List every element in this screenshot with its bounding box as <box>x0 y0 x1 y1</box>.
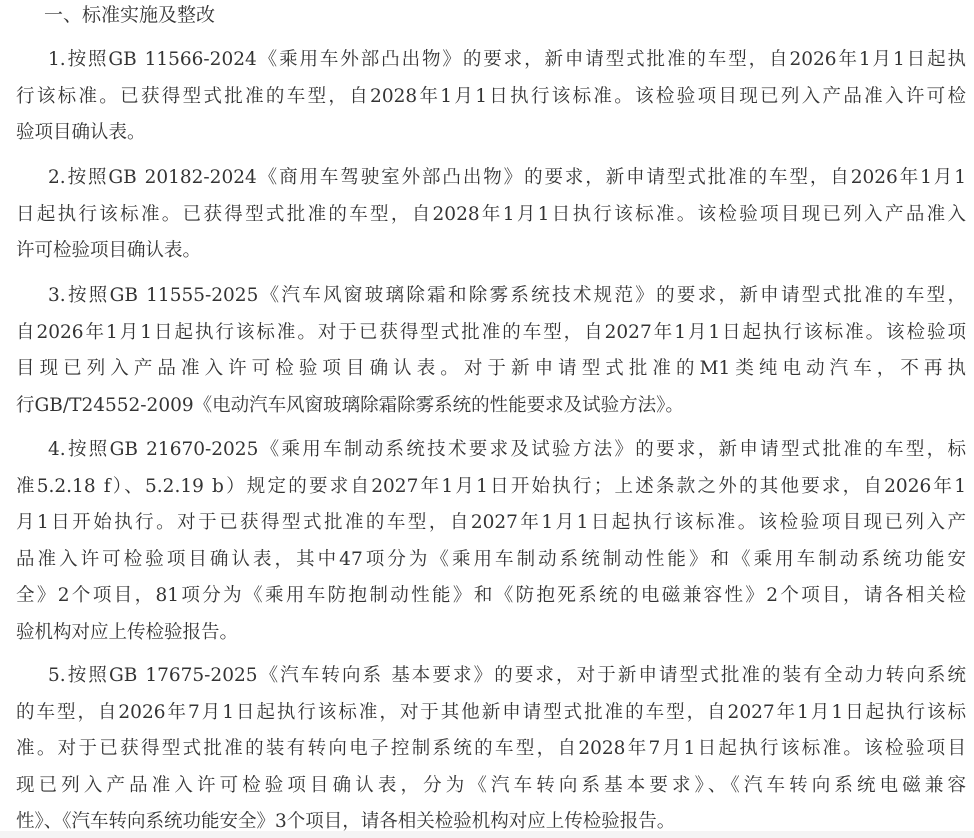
paragraph-line: 现已列入产品准入许可检验项目确认表，分为《汽车转向系基本要求》、《汽车转向系统电… <box>16 768 966 805</box>
paragraph-line: 行GB/T24552-2009《电动汽车风窗玻璃除霜除雾系统的性能要求及试验方法… <box>16 388 966 425</box>
paragraph-5: 5.按照GB 17675-2025《汽车转向系 基本要求》的要求，对于新申请型式… <box>16 658 966 838</box>
paragraph-line: 品准入许可检验项目确认表，其中47项分为《乘用车制动系统制动性能》和《乘用车制动… <box>16 542 966 579</box>
paragraph-line: 2.按照GB 20182-2024《商用车驾驶室外部凸出物》的要求，新申请型式批… <box>16 160 966 197</box>
paragraph-line: 月1日开始执行。对于已获得型式批准的车型，自2027年1月1日起执行该标准。该检… <box>16 505 966 542</box>
section-heading: 一、标准实施及整改 <box>44 0 215 30</box>
paragraph-line: 5.按照GB 17675-2025《汽车转向系 基本要求》的要求，对于新申请型式… <box>16 658 966 695</box>
bottom-edge <box>0 831 974 838</box>
paragraph-4: 4.按照GB 21670-2025《乘用车制动系统技术要求及试验方法》的要求，新… <box>16 432 966 651</box>
paragraph-line: 3.按照GB 11555-2025《汽车风窗玻璃除霜和除雾系统技术规范》的要求，… <box>16 278 966 315</box>
paragraph-line: 验项目确认表。 <box>16 115 966 152</box>
paragraph-2: 2.按照GB 20182-2024《商用车驾驶室外部凸出物》的要求，新申请型式批… <box>16 160 966 270</box>
paragraph-line: 准。对于已获得型式批准的装有转向电子控制系统的车型，自2028年7月1日起执行该… <box>16 731 966 768</box>
paragraph-1: 1.按照GB 11566-2024《乘用车外部凸出物》的要求，新申请型式批准的车… <box>16 42 966 152</box>
paragraph-line: 准5.2.18 f）、5.2.19 b）规定的要求自2027年1月1日开始执行；… <box>16 469 966 506</box>
paragraph-line: 行该标准。已获得型式批准的车型，自2028年1月1日执行该标准。该检验项目现已列… <box>16 79 966 116</box>
paragraph-line: 许可检验项目确认表。 <box>16 233 966 270</box>
paragraph-line: 自2026年1月1日起执行该标准。对于已获得型式批准的车型，自2027年1月1日… <box>16 315 966 352</box>
paragraph-line: 日起执行该标准。已获得型式批准的车型，自2028年1月1日执行该标准。该检验项目… <box>16 197 966 234</box>
paragraph-line: 验机构对应上传检验报告。 <box>16 615 966 652</box>
paragraph-line: 4.按照GB 21670-2025《乘用车制动系统技术要求及试验方法》的要求，新… <box>16 432 966 469</box>
paragraph-line: 全》2个项目，81项分为《乘用车防抱制动性能》和《防抱死系统的电磁兼容性》2个项… <box>16 578 966 615</box>
document-page: 一、标准实施及整改 1.按照GB 11566-2024《乘用车外部凸出物》的要求… <box>0 0 974 838</box>
paragraph-3: 3.按照GB 11555-2025《汽车风窗玻璃除霜和除雾系统技术规范》的要求，… <box>16 278 966 424</box>
paragraph-line: 1.按照GB 11566-2024《乘用车外部凸出物》的要求，新申请型式批准的车… <box>16 42 966 79</box>
paragraph-line: 目现已列入产品准入许可检验项目确认表。对于新申请型式批准的M1类纯电动汽车，不再… <box>16 351 966 388</box>
paragraph-line: 的车型，自2026年7月1日起执行该标准，对于其他新申请型式批准的车型，自202… <box>16 695 966 732</box>
